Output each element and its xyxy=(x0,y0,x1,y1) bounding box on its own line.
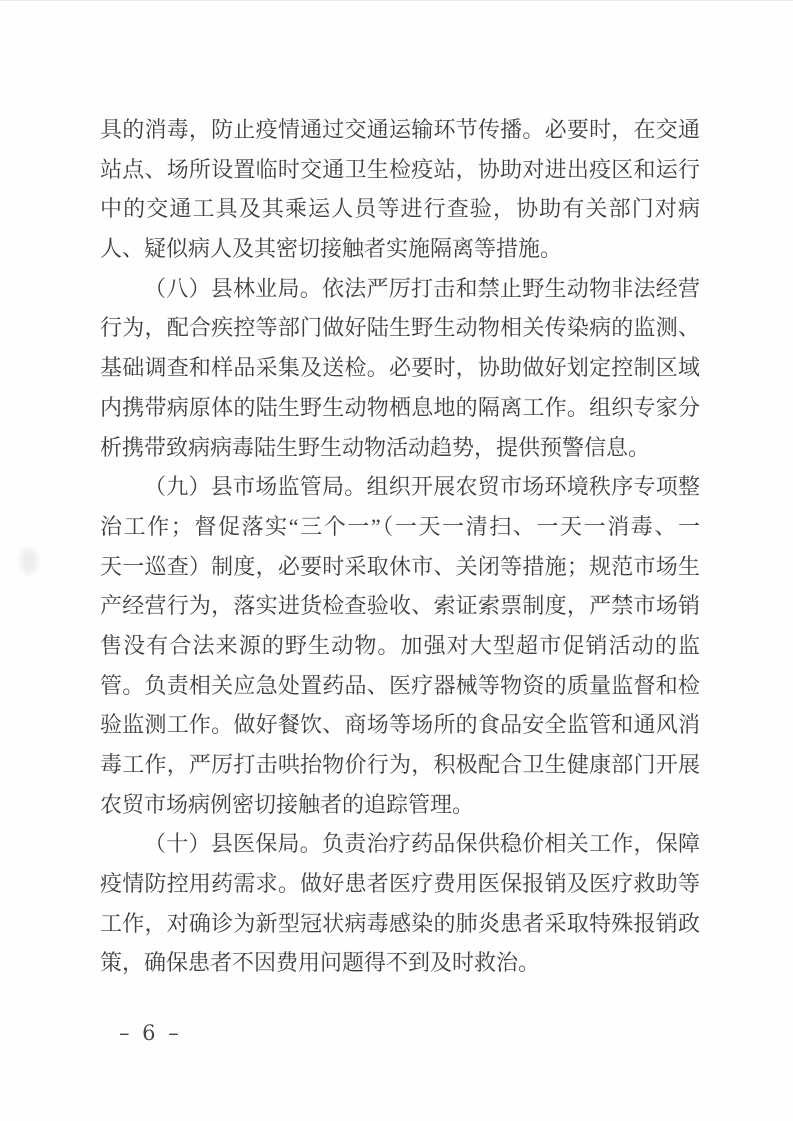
text-line: 天一巡查）制度，必要时采取休市、关闭等措施；规范市场生 xyxy=(100,547,700,587)
paragraph: （八）县林业局。依法严厉打击和禁止野生动物非法经营行为，配合疾控等部门做好陆生野… xyxy=(100,269,700,467)
text-line: 治工作；督促落实“三个一”（一天一清扫、一天一消毒、一 xyxy=(100,507,700,547)
document-body: 具的消毒，防止疫情通过交通运输环节传播。必要时，在交通站点、场所设置临时交通卫生… xyxy=(100,110,700,983)
text-line: 产经营行为，落实进货检查验收、索证索票制度，严禁市场销 xyxy=(100,586,700,626)
paragraph: 具的消毒，防止疫情通过交通运输环节传播。必要时，在交通站点、场所设置临时交通卫生… xyxy=(100,110,700,269)
text-line: 疫情防控用药需求。做好患者医疗费用医保报销及医疗救助等 xyxy=(100,864,700,904)
scan-smudge xyxy=(20,548,38,574)
text-line: 具的消毒，防止疫情通过交通运输环节传播。必要时，在交通 xyxy=(100,110,700,150)
paragraph: （十）县医保局。负责治疗药品保供稳价相关工作，保障疫情防控用药需求。做好患者医疗… xyxy=(100,824,700,983)
text-line: （九）县市场监管局。组织开展农贸市场环境秩序专项整 xyxy=(100,467,700,507)
scan-edge-artifact xyxy=(0,0,793,1)
text-line: 验监测工作。做好餐饮、商场等场所的食品安全监管和通风消 xyxy=(100,705,700,745)
page-number: – 6 – xyxy=(119,1021,182,1045)
text-line: 基础调查和样品采集及送检。必要时，协助做好划定控制区域 xyxy=(100,348,700,388)
text-line: 内携带病原体的陆生野生动物栖息地的隔离工作。组织专家分 xyxy=(100,388,700,428)
text-line: 农贸市场病例密切接触者的追踪管理。 xyxy=(100,785,700,825)
text-line: 中的交通工具及其乘运人员等进行查验，协助有关部门对病 xyxy=(100,189,700,229)
text-line: （八）县林业局。依法严厉打击和禁止野生动物非法经营 xyxy=(100,269,700,309)
text-line: 售没有合法来源的野生动物。加强对大型超市促销活动的监 xyxy=(100,626,700,666)
text-line: 析携带致病病毒陆生野生动物活动趋势，提供预警信息。 xyxy=(100,428,700,468)
text-line: 策，确保患者不因费用问题得不到及时救治。 xyxy=(100,943,700,983)
text-line: 站点、场所设置临时交通卫生检疫站，协助对进出疫区和运行 xyxy=(100,150,700,190)
text-line: 人、疑似病人及其密切接触者实施隔离等措施。 xyxy=(100,229,700,269)
text-line: （十）县医保局。负责治疗药品保供稳价相关工作，保障 xyxy=(100,824,700,864)
text-line: 行为，配合疾控等部门做好陆生野生动物相关传染病的监测、 xyxy=(100,308,700,348)
text-line: 管。负责相关应急处置药品、医疗器械等物资的质量监督和检 xyxy=(100,666,700,706)
text-line: 毒工作，严厉打击哄抬物价行为，积极配合卫生健康部门开展 xyxy=(100,745,700,785)
text-line: 工作，对确诊为新型冠状病毒感染的肺炎患者采取特殊报销政 xyxy=(100,904,700,944)
paragraph: （九）县市场监管局。组织开展农贸市场环境秩序专项整治工作；督促落实“三个一”（一… xyxy=(100,467,700,824)
document-page: 具的消毒，防止疫情通过交通运输环节传播。必要时，在交通站点、场所设置临时交通卫生… xyxy=(0,0,793,1121)
